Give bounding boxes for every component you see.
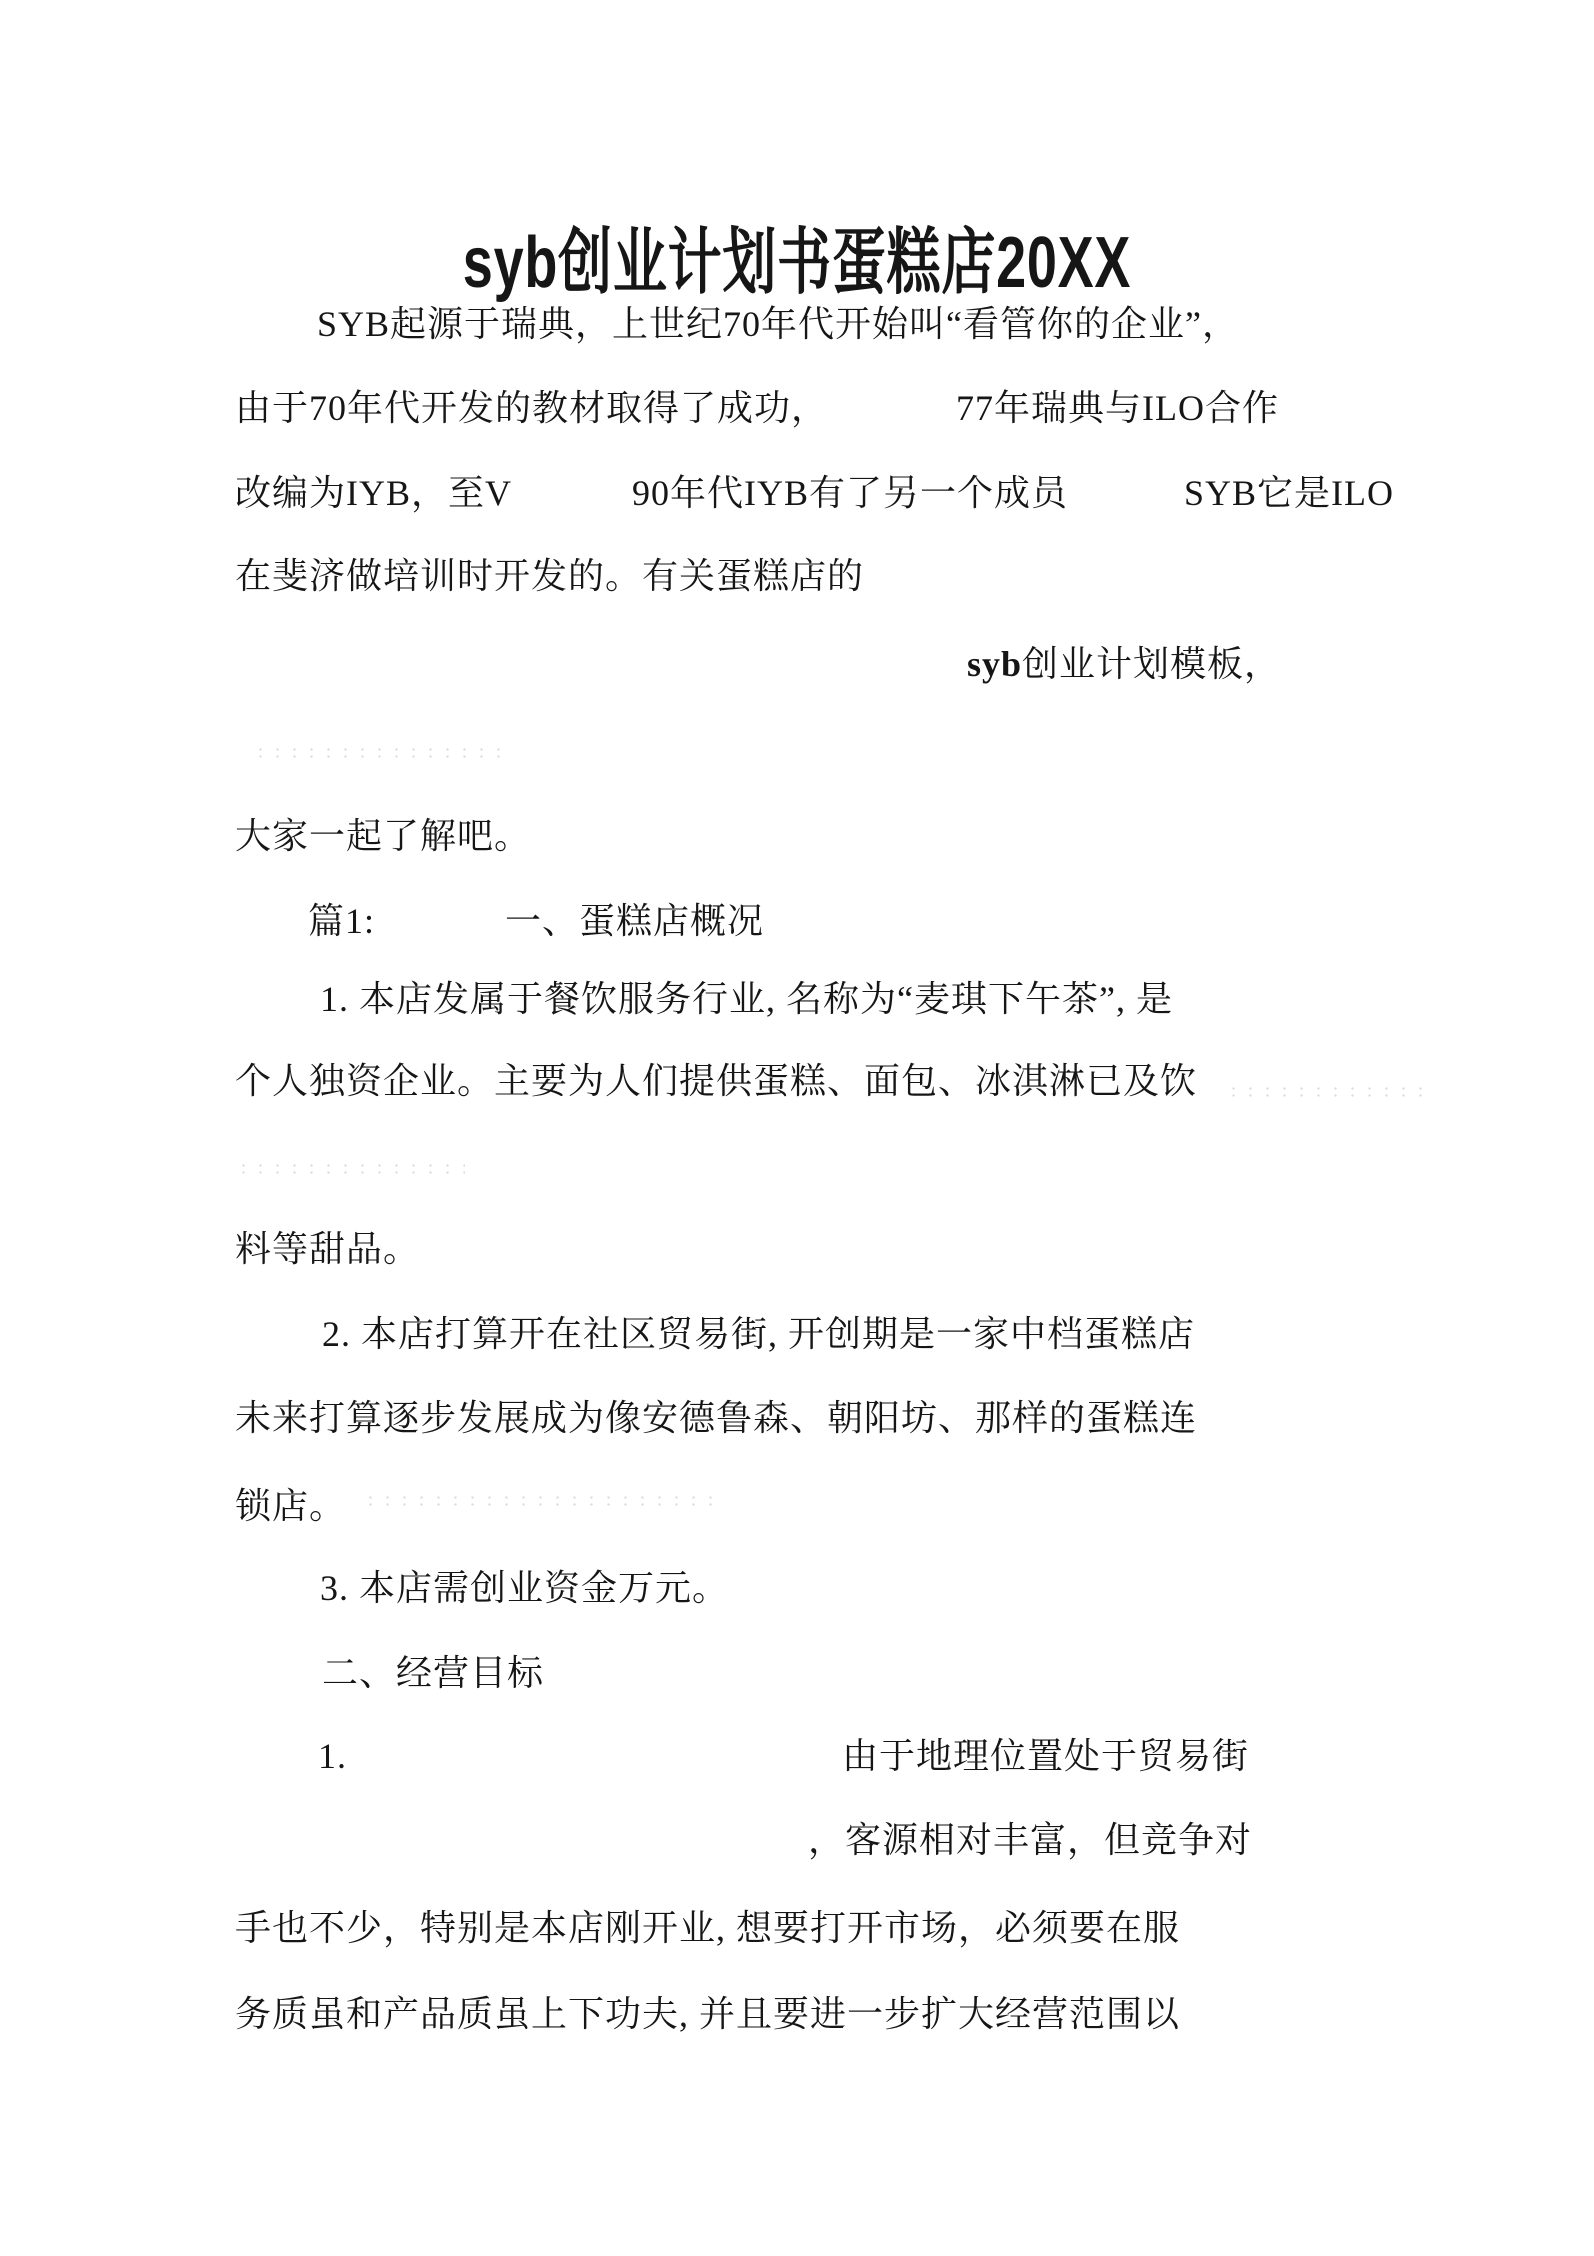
text-segment: 创业计划模板， <box>1022 644 1281 684</box>
text-segment: 未来打算逐步发展成为像安德鲁森、朝阳坊、那样的蛋糕连 <box>235 1398 1197 1438</box>
text-segment: SYB起源于瑞典，上世纪70年代开始叫“看管你的企业”， <box>317 304 1239 344</box>
text-line: 1. 本店发属于餐饮服务行业, 名称为“麦琪下午茶”, 是 <box>320 979 1173 1019</box>
text-line: 大家一起了解吧。 <box>235 816 531 856</box>
text-line: 未来打算逐步发展成为像安德鲁森、朝阳坊、那样的蛋糕连 <box>235 1398 1197 1438</box>
text-line: 2. 本店打算开在社区贸易街, 开创期是一家中档蛋糕店 <box>322 1314 1195 1354</box>
text-segment: ，客源相对丰富，但竞争对 <box>808 1820 1252 1860</box>
text-line: 二、经营目标 <box>322 1653 544 1693</box>
text-line: syb创业计划模板， <box>967 644 1281 684</box>
text-line: 个人独资企业。主要为人们提供蛋糕、面包、冰淇淋已及饮 <box>235 1061 1197 1101</box>
text-segment: 2. 本店打算开在社区贸易街, 开创期是一家中档蛋糕店 <box>322 1314 1195 1354</box>
text-line: 由于70年代开发的教材取得了成功，77年瑞典与ILO合作 <box>235 388 1279 428</box>
text-line: 在斐济做培训时开发的。有关蛋糕店的 <box>235 556 864 596</box>
text-segment: 90年代IYB有了另一个成员 <box>632 473 1068 513</box>
text-line: 锁店。 <box>235 1486 346 1526</box>
text-segment: SYB它是ILO <box>1184 473 1394 513</box>
text-segment: syb <box>967 644 1022 684</box>
document-page: syb创业计划书蛋糕店20XX SYB起源于瑞典，上世纪70年代开始叫“看管你的… <box>0 0 1594 2256</box>
text-segment: 1. <box>318 1736 347 1776</box>
text-segment: 77年瑞典与ILO合作 <box>956 388 1279 428</box>
text-segment: 二、经营目标 <box>322 1653 544 1693</box>
text-segment: 3. 本店需创业资金万元。 <box>320 1568 729 1608</box>
scan-noise-speckles <box>362 1494 722 1506</box>
text-line: 篇1:一、蛋糕店概况 <box>308 901 764 941</box>
document-title: syb创业计划书蛋糕店20XX <box>199 220 1395 306</box>
text-segment: 大家一起了解吧。 <box>235 816 531 856</box>
text-line: ，客源相对丰富，但竞争对 <box>808 1820 1252 1860</box>
text-segment: 由于地理位置处于贸易街 <box>842 1736 1249 1776</box>
scan-noise-speckles <box>1225 1085 1435 1097</box>
text-line: SYB起源于瑞典，上世纪70年代开始叫“看管你的企业”， <box>317 304 1239 344</box>
text-segment: 1. 本店发属于餐饮服务行业, 名称为“麦琪下午茶”, 是 <box>320 979 1173 1019</box>
text-segment: 料等甜品。 <box>235 1229 420 1269</box>
text-segment: 务质虽和产品质虽上下功夫, 并且要进一步扩大经营范围以 <box>235 1994 1180 2034</box>
text-segment: 手也不少，特别是本店刚开业, 想要打开市场，必须要在服 <box>235 1908 1180 1948</box>
text-line: 料等甜品。 <box>235 1229 420 1269</box>
text-line: 1.由于地理位置处于贸易街 <box>318 1736 1249 1776</box>
text-segment: 篇1: <box>308 901 375 941</box>
text-line: 务质虽和产品质虽上下功夫, 并且要进一步扩大经营范围以 <box>235 1994 1180 2034</box>
text-segment: 由于70年代开发的教材取得了成功， <box>235 388 828 428</box>
scan-noise-speckles <box>235 1162 465 1174</box>
text-line: 改编为IYB，至V90年代IYB有了另一个成员SYB它是ILO <box>235 473 1394 513</box>
text-segment: 一、蛋糕店概况 <box>505 901 764 941</box>
text-segment: 个人独资企业。主要为人们提供蛋糕、面包、冰淇淋已及饮 <box>235 1061 1197 1101</box>
text-line: 手也不少，特别是本店刚开业, 想要打开市场，必须要在服 <box>235 1908 1180 1948</box>
text-segment: 锁店。 <box>235 1486 346 1526</box>
text-line: 3. 本店需创业资金万元。 <box>320 1568 729 1608</box>
text-segment: 在斐济做培训时开发的。有关蛋糕店的 <box>235 556 864 596</box>
text-segment: 改编为IYB，至V <box>235 473 512 513</box>
scan-noise-speckles <box>252 746 512 758</box>
